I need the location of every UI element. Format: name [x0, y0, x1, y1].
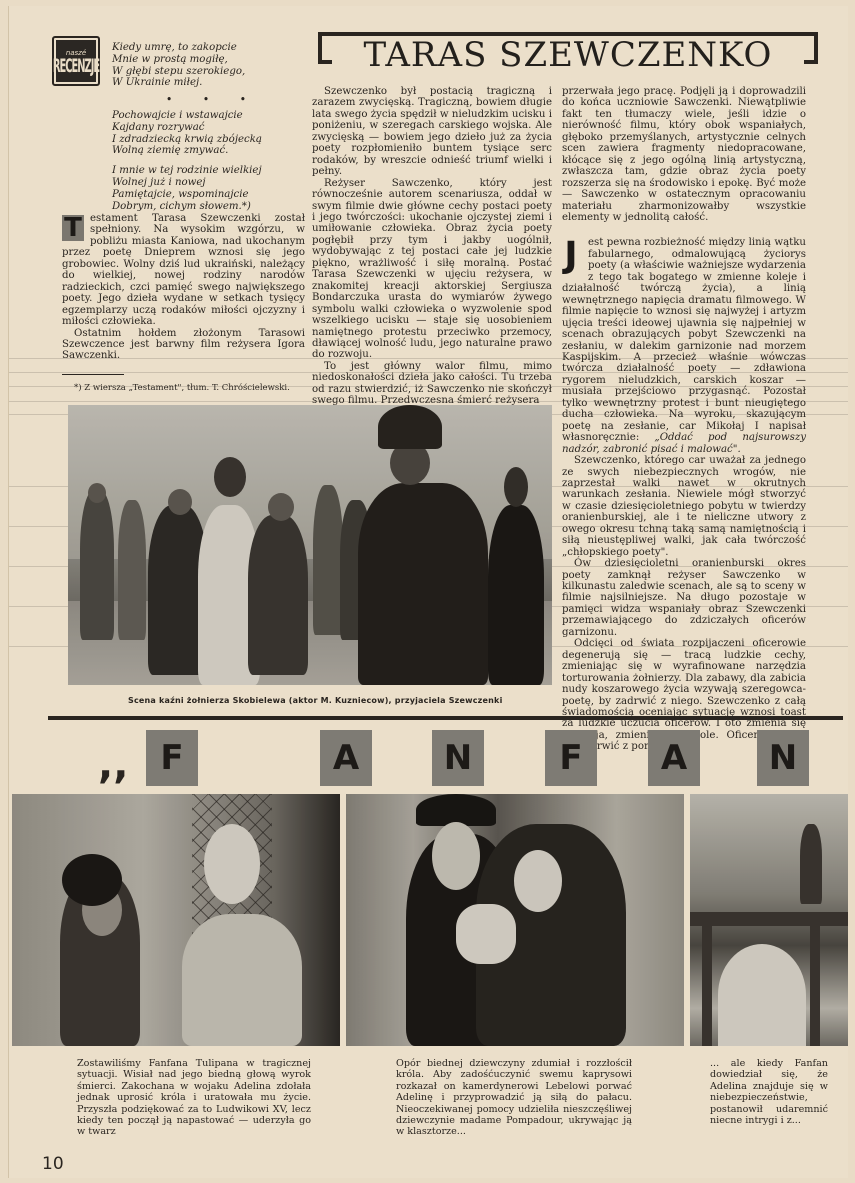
intro-paragraph: Testament Tarasa Szewczenki został spełn…: [62, 213, 305, 328]
poem-line: Pochowajcie i wstawajcie: [112, 110, 302, 122]
fanfan-letter-tile: A: [320, 730, 372, 786]
intro-text: estament Tarasa Szewczenki został spełni…: [62, 213, 305, 327]
poem-stanza: Kiedy umrę, to zakopcie Mnie w prostą mo…: [112, 42, 302, 89]
poem-line: W Ukrainie miłej.: [112, 77, 302, 89]
poem-line: Pamiętajcie, wspominajcie: [112, 189, 302, 201]
fanfan-caption-1: Zostawiliśmy Fanfana Tulipana w tragiczn…: [77, 1058, 311, 1138]
fanfan-letter-tile: A: [648, 730, 700, 786]
poem-separator: • • •: [124, 95, 302, 107]
article-title-block: TARAS SZEWCZENKO: [318, 32, 818, 72]
film-still-execution-scene: [68, 405, 552, 685]
body-paragraph: przerwała jego pracę. Podjęli ją i dopro…: [562, 86, 806, 223]
figure-soldier: [118, 500, 146, 640]
footnote-rule: [62, 374, 124, 375]
fanfan-letter-tile: N: [432, 730, 484, 786]
officer-helmet: [378, 405, 442, 449]
figure-officer: [358, 483, 488, 685]
article-title: TARAS SZEWCZENKO: [340, 37, 796, 73]
photo-caption: Scena kaźni żołnierza Skobielewa (aktor …: [128, 696, 503, 705]
article-column-3: przerwała jego pracę. Podjęli ją i dopro…: [562, 86, 806, 753]
body-paragraph: Ów dziesięcioletni oranienburski okres p…: [562, 558, 806, 638]
badge-main-label: RECENZJE: [53, 55, 99, 79]
article-column-1: Testament Tarasa Szewczenki został spełn…: [62, 213, 305, 393]
body-paragraph: Reżyser Sawczenko, który jest równocześn…: [312, 178, 552, 361]
fanfan-caption-3: ... ale kiedy Fanfan dowiedział się, że …: [710, 1058, 828, 1126]
dropcap-t: T: [62, 215, 84, 241]
figure-soldier: [80, 490, 114, 640]
figure-king: [182, 914, 302, 1046]
poem-stanza: I mnie w tej rodzinie wielkiej Wolnej ju…: [112, 165, 302, 212]
poem-line: Mnie w prostą mogiłę,: [112, 54, 302, 66]
poem-line: Dobrym, cichym słowem.*): [112, 201, 302, 213]
arch-opening: [718, 944, 806, 1046]
poem-line: W głębi stepu szerokiego,: [112, 66, 302, 78]
body-paragraph: Szewczenko był postacią tragiczną i zara…: [312, 86, 552, 178]
film-still-fanfan-1: [12, 794, 340, 1046]
poem-line: Kiedy umrę, to zakopcie: [112, 42, 302, 54]
fanfan-letter-tile: F: [545, 730, 597, 786]
arch-lintel: [690, 912, 848, 926]
page-number: 10: [42, 1154, 64, 1174]
figure-head: [168, 489, 192, 515]
fanfan-letter-tile: F: [146, 730, 198, 786]
section-divider: [48, 716, 843, 720]
figure-head: [88, 483, 106, 503]
poem-epigraph: Kiedy umrę, to zakopcie Mnie w prostą mo…: [112, 42, 302, 218]
poem-line: Wolną ziemię zmywać.: [112, 145, 302, 157]
arch-column: [702, 926, 712, 1046]
body-paragraph: To jest główny walor filmu, mimo niedosk…: [312, 361, 552, 407]
poem-line: I zdradziecką krwią zbójecką: [112, 134, 302, 146]
fanfan-caption-2: Opór biednej dziewczyny zdumiał i rozzło…: [396, 1058, 632, 1138]
figure-hair: [62, 854, 122, 906]
figure-priest: [488, 505, 544, 685]
arch-column: [810, 926, 820, 1046]
poem-line: Kajdany rozrywać: [112, 122, 302, 134]
article-column-2: Szewczenko był postacią tragiczną i zara…: [312, 86, 552, 407]
figure-head: [204, 824, 260, 904]
dropcap-j: J: [562, 239, 580, 273]
fanfan-letter-tile: N: [757, 730, 809, 786]
poem-line: Wolnej już i nowej: [112, 177, 302, 189]
section-badge-icon: naszé RECENZJE: [52, 36, 100, 86]
intro-paragraph-2: Ostatnim hołdem złożonym Tarasowi Szewcz…: [62, 328, 305, 362]
film-still-fanfan-3: [690, 794, 848, 1046]
film-still-fanfan-2: [346, 794, 684, 1046]
fanfan-quote-mark: ,,: [98, 745, 128, 785]
figure-head: [432, 822, 480, 890]
figure-soldier: [313, 485, 343, 635]
poem-line: I mnie w tej rodzinie wielkiej: [112, 165, 302, 177]
title-frame-right: [800, 32, 818, 60]
body-paragraph-dropcap: Jest pewna rozbieżność między linią wątk…: [562, 237, 806, 455]
figure-hand: [456, 904, 516, 964]
figure-fanfan-climbing: [800, 824, 822, 904]
figure-soldier: [248, 515, 308, 675]
figure-head: [268, 493, 294, 521]
figure-head: [504, 467, 528, 507]
title-frame-left: [318, 32, 336, 60]
body-text: est pewna rozbieżność między linią wątku…: [562, 237, 806, 443]
body-paragraph: Szewczenko, którego car uważał za jedneg…: [562, 455, 806, 558]
figure-head: [214, 457, 246, 497]
figure-head: [514, 850, 562, 912]
poem-stanza: Pochowajcie i wstawajcie Kajdany rozrywa…: [112, 110, 302, 157]
footnote: *) Z wiersza „Testament", tłum. T. Chróś…: [62, 383, 305, 393]
